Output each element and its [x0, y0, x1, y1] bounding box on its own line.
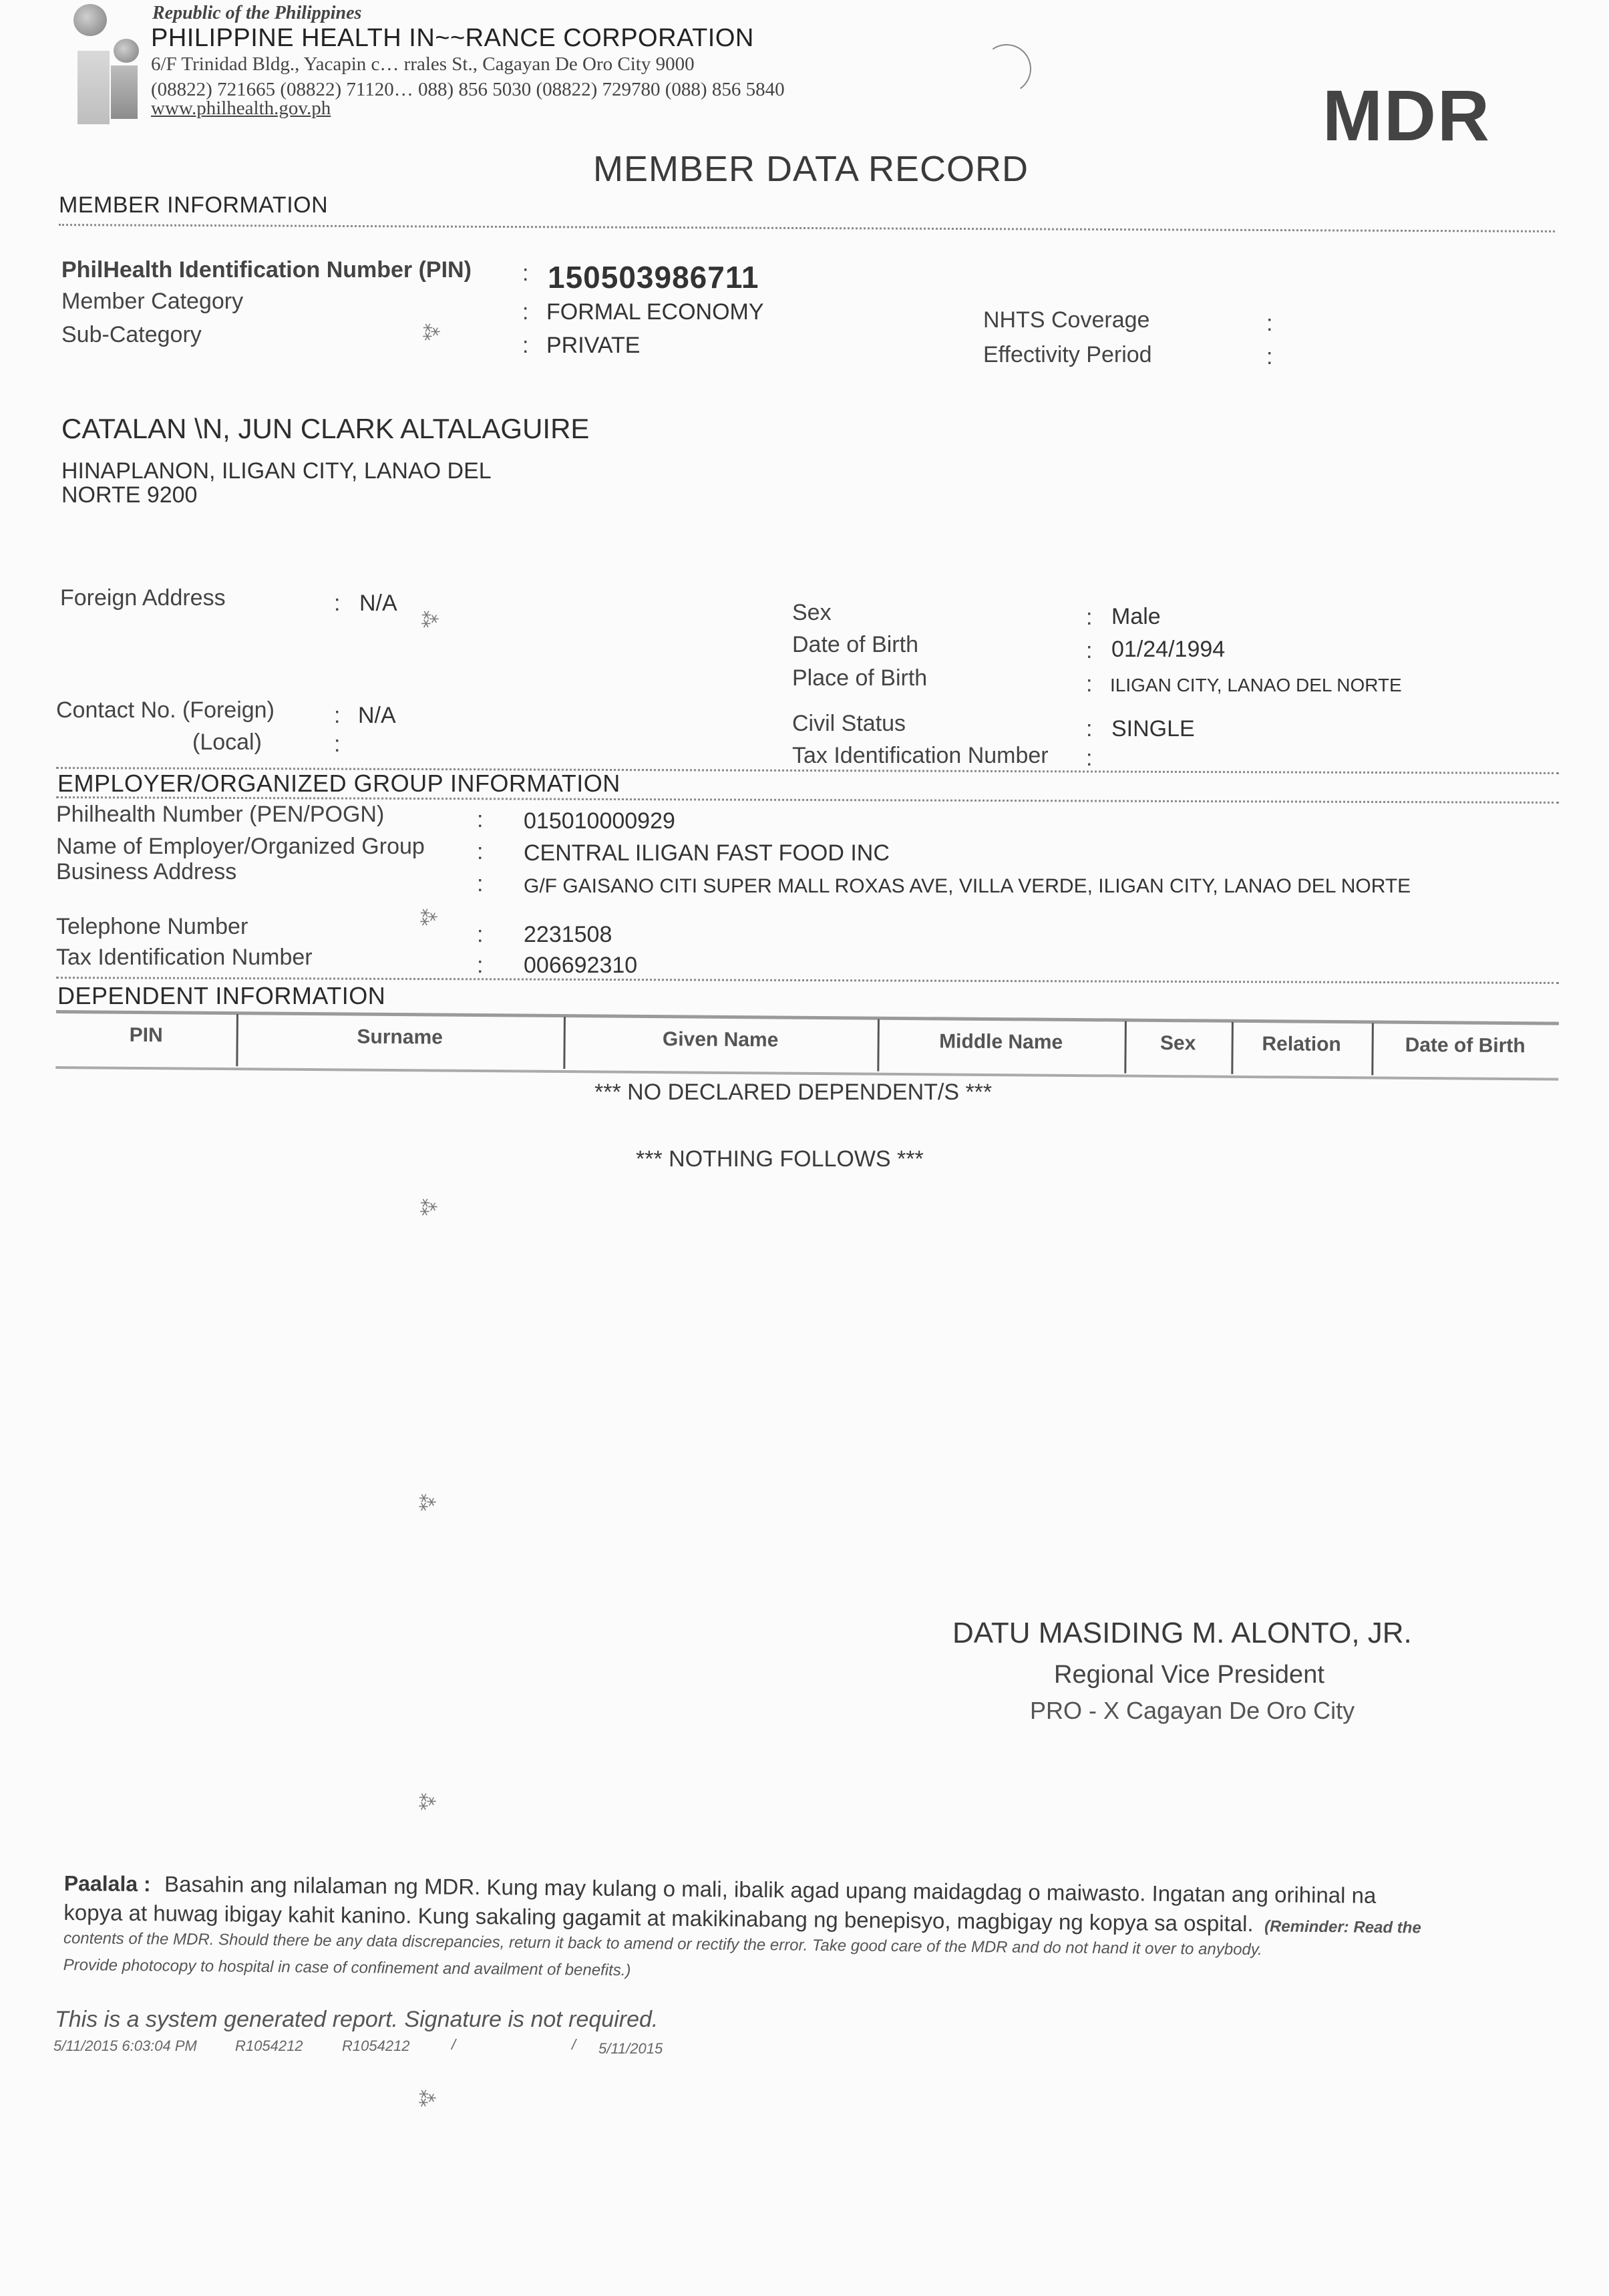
column-divider [877, 1019, 880, 1072]
scan-speck: ⁂ [413, 2084, 440, 2112]
employer-name-label: Name of Employer/Organized Group [56, 834, 425, 860]
org-website[interactable]: www.philhealth.gov.ph [151, 98, 331, 120]
colon: : [477, 922, 483, 948]
republic-text: Republic of the Philippines [152, 3, 361, 24]
colon: : [477, 807, 483, 833]
scan-arc-mark [978, 40, 1035, 98]
member-tin-label: Tax Identification Number [792, 743, 1049, 769]
pin-value: 150503986711 [548, 259, 759, 295]
notice-reminder: (Reminder: Read the [1264, 1917, 1421, 1937]
colon: : [477, 871, 483, 897]
org-address: 6/F Trinidad Bldg., Yacapin c… rrales St… [151, 53, 695, 75]
colon: : [522, 299, 528, 325]
nothing-follows-message: *** NOTHING FOLLOWS *** [636, 1146, 924, 1172]
foreign-address-value: N/A [359, 591, 397, 617]
footer-user-id-1: R1054212 [235, 2037, 303, 2055]
contact-foreign-label: Contact No. (Foreign) [56, 697, 275, 723]
sex-label: Sex [792, 600, 832, 626]
column-divider [1371, 1023, 1374, 1075]
logo-head-large-icon [73, 4, 107, 36]
telephone-label: Telephone Number [56, 914, 248, 940]
column-header-pin: PIN [56, 1023, 236, 1047]
civil-status-label: Civil Status [792, 711, 906, 737]
employer-name-value: CENTRAL ILIGAN FAST FOOD INC [524, 840, 890, 866]
signatory-title: Regional Vice President [1054, 1661, 1324, 1689]
sub-category-label: Sub-Category [61, 322, 202, 348]
scan-speck: ⁂ [414, 1192, 441, 1221]
section-member-information: MEMBER INFORMATION [59, 192, 328, 218]
signatory-name: DATU MASIDING M. ALONTO, JR. [952, 1617, 1412, 1650]
scan-speck: ⁂ [417, 317, 444, 346]
business-address-label: Business Address [56, 859, 236, 885]
footer-timestamp: 5/11/2015 6:03:04 PM [53, 2037, 197, 2055]
column-header-relation: Relation [1232, 1033, 1372, 1057]
pen-label: Philhealth Number (PEN/POGN) [56, 802, 384, 828]
footer-separator: / [572, 2036, 576, 2054]
no-dependents-message: *** NO DECLARED DEPENDENT/S *** [594, 1080, 992, 1106]
scan-speck: ⁂ [415, 605, 443, 633]
document-title: MEMBER DATA RECORD [593, 148, 1029, 190]
logo-body-right-icon [111, 65, 138, 119]
colon: : [1086, 671, 1092, 697]
colon: : [522, 261, 528, 287]
colon: : [334, 731, 340, 758]
colon: : [477, 953, 483, 979]
column-header-sex: Sex [1125, 1032, 1232, 1055]
member-category-value: FORMAL ECONOMY [546, 299, 764, 325]
column-header-middle-name: Middle Name [878, 1030, 1125, 1055]
mdr-mark: MDR [1322, 73, 1491, 157]
column-divider [1124, 1021, 1127, 1074]
colon: : [522, 333, 528, 359]
pin-label: PhilHealth Identification Number (PIN) [61, 257, 472, 283]
contact-local-label: (Local) [192, 729, 262, 756]
logo-head-small-icon [114, 39, 139, 63]
effectivity-period-label: Effectivity Period [983, 342, 1152, 368]
foreign-address-label: Foreign Address [60, 585, 226, 611]
divider [59, 224, 1555, 232]
civil-status-value: SINGLE [1111, 716, 1195, 742]
column-header-surname: Surname [236, 1025, 564, 1050]
sex-value: Male [1111, 604, 1161, 630]
notice-label: Paalala : [64, 1871, 151, 1896]
employer-tin-label: Tax Identification Number [56, 945, 313, 971]
column-header-given-name: Given Name [564, 1027, 878, 1053]
colon: : [1086, 746, 1092, 772]
column-divider [563, 1017, 566, 1069]
colon: : [477, 839, 483, 865]
member-category-label: Member Category [61, 289, 243, 315]
scan-speck: ⁂ [413, 1787, 440, 1816]
system-generated-note: This is a system generated report. Signa… [55, 2007, 658, 2033]
telephone-value: 2231508 [524, 922, 612, 948]
signatory-office: PRO - X Cagayan De Oro City [1030, 1697, 1355, 1725]
section-dependent-information: DEPENDENT INFORMATION [57, 982, 385, 1010]
contact-foreign-value: N/A [358, 703, 396, 729]
pob-value: ILIGAN CITY, LANAO DEL NORTE [1110, 675, 1402, 696]
scan-speck: ⁂ [414, 903, 441, 931]
dob-label: Date of Birth [792, 632, 918, 658]
colon: : [1086, 638, 1092, 664]
employer-tin-value: 006692310 [524, 953, 637, 979]
footer-date: 5/11/2015 [598, 2040, 663, 2058]
column-divider [236, 1014, 238, 1066]
colon: : [1086, 605, 1092, 631]
table-header-row: PINSurnameGiven NameMiddle NameSexRelati… [55, 1010, 1559, 1078]
colon: : [1086, 716, 1092, 742]
dob-value: 01/24/1994 [1111, 637, 1225, 663]
colon: : [1266, 311, 1272, 337]
column-header-date-of-birth: Date of Birth [1372, 1033, 1559, 1057]
colon: : [334, 591, 340, 617]
footer-user-id-2: R1054212 [342, 2037, 410, 2055]
notice-block: Paalala : Basahin ang nilalaman ng MDR. … [63, 1870, 1520, 1997]
colon: : [1266, 344, 1272, 370]
org-name: PHILIPPINE HEALTH IN~~RANCE CORPORATION [151, 24, 754, 53]
member-address-line1: HINAPLANON, ILIGAN CITY, LANAO DEL [61, 458, 492, 484]
column-divider [1231, 1022, 1234, 1074]
member-name: CATALAN \N, JUN CLARK ALTALAGUIRE [61, 413, 589, 445]
nhts-coverage-label: NHTS Coverage [983, 307, 1149, 333]
footer-separator: / [452, 2036, 456, 2054]
sub-category-value: PRIVATE [546, 333, 640, 359]
logo-body-left-icon [77, 51, 110, 124]
pob-label: Place of Birth [792, 665, 927, 691]
business-address-value: G/F GAISANO CITI SUPER MALL ROXAS AVE, V… [524, 875, 1411, 898]
section-employer-information: EMPLOYER/ORGANIZED GROUP INFORMATION [57, 770, 620, 798]
scan-speck: ⁂ [413, 1488, 440, 1516]
member-address-line2: NORTE 9200 [61, 482, 197, 508]
philhealth-logo [73, 4, 154, 124]
pen-value: 015010000929 [524, 808, 675, 834]
colon: : [334, 703, 340, 729]
